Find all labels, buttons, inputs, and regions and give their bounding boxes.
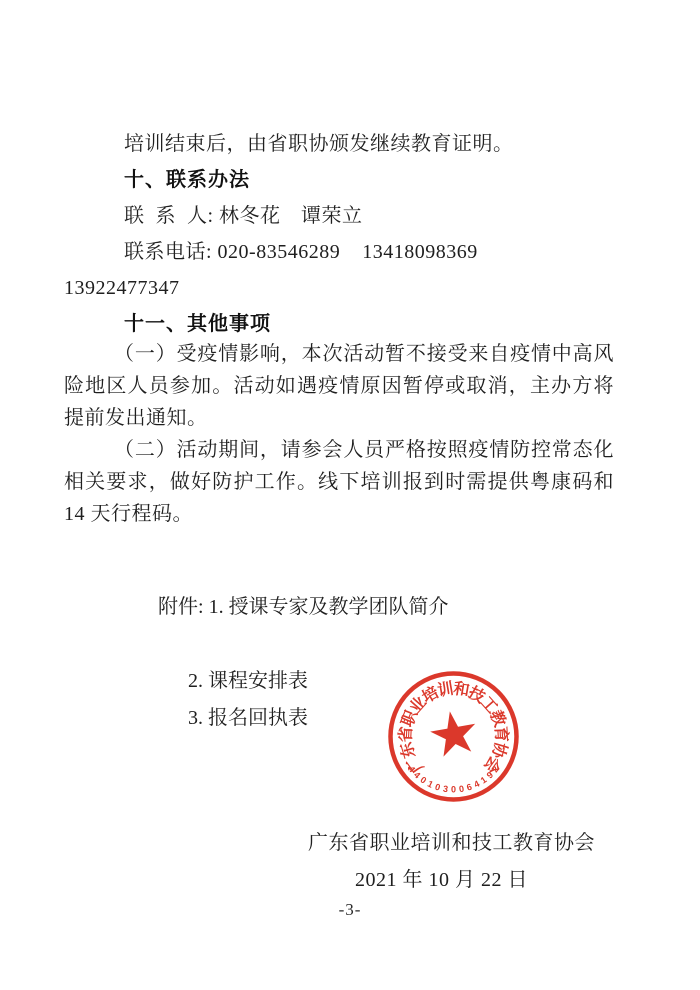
attachment-item-3: 3. 报名回执表 [188,700,614,737]
attachments-block: 附件: 1. 授课专家及教学团队简介 2. 课程安排表 3. 报名回执表 [64,552,614,737]
signature-block: 广东省职业培训和技工教育协会 2021 年 10 月 22 日 [64,825,614,899]
section-heading-contact: 十、联系办法 [64,162,614,198]
intro-paragraph: 培训结束后，由省职协颁发继续教育证明。 [64,126,614,162]
signature-date: 2021 年 10 月 22 日 [64,862,614,899]
section-heading-other: 十一、其他事项 [64,306,614,342]
paragraph-epidemic-requirements: （二）活动期间，请参会人员严格按照疫情防控常态化相关要求，做好防护工作。线下培训… [64,434,614,530]
page-number: -3- [0,900,700,920]
attachment-item-1: 1. 授课专家及教学团队简介 [209,596,449,618]
contact-person-line: 联 系 人: 林冬花 谭荣立 [64,198,614,234]
document-body: 培训结束后，由省职协颁发继续教育证明。 十、联系办法 联 系 人: 林冬花 谭荣… [0,0,700,899]
contact-phone-line: 联系电话: 020-83546289 13418098369 139224773… [64,234,614,306]
paragraph-epidemic-restrictions: （一）受疫情影响，本次活动暂不接受来自疫情中高风险地区人员参加。活动如遇疫情原因… [64,338,614,434]
document-page: { "document": { "intro_paragraph": "培训结束… [0,0,700,990]
attachment-item-2: 2. 课程安排表 [188,663,614,700]
attachments-label: 附件: [158,596,209,618]
signature-organization: 广东省职业培训和技工教育协会 [64,825,614,862]
attachment-line-1: 附件: 1. 授课专家及教学团队简介 [128,552,614,663]
